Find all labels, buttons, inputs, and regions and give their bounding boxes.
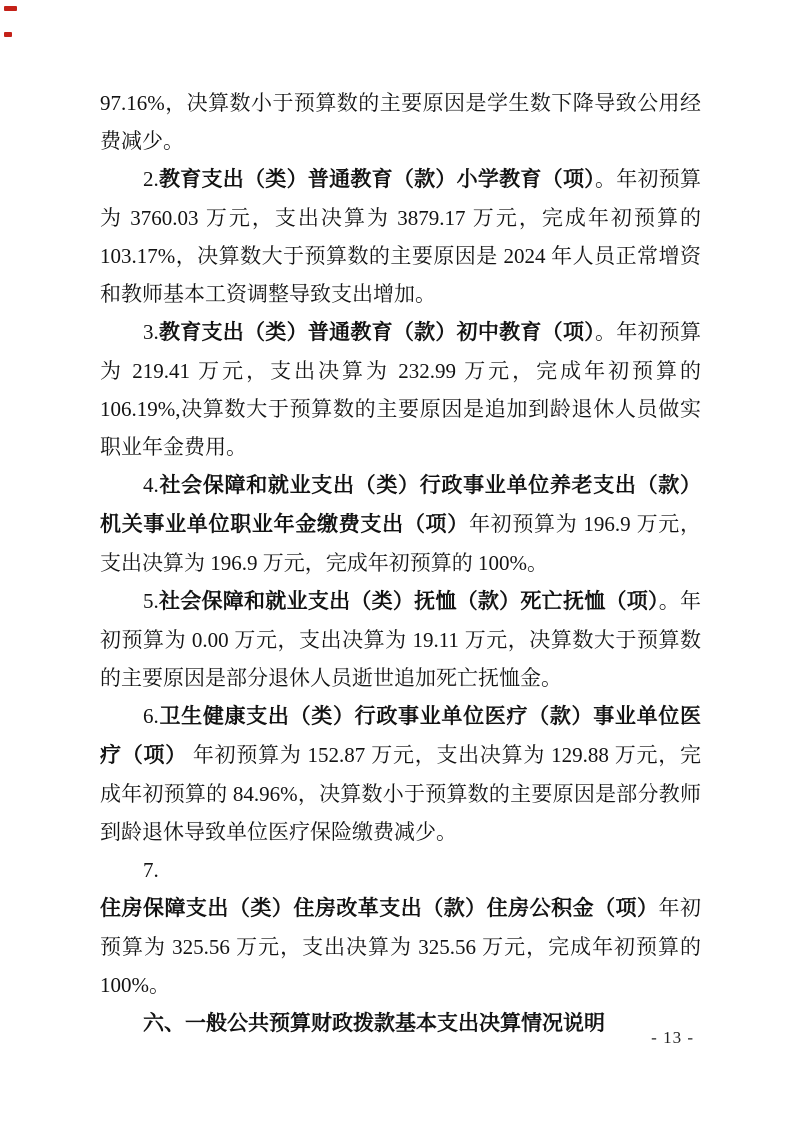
body-text: 6.: [143, 704, 159, 728]
paragraph: 2.教育支出（类）普通教育（款）小学教育（项）。年初预算为 3760.03 万元…: [100, 160, 701, 313]
red-mark: [4, 32, 12, 37]
paragraph: 6.卫生健康支出（类）行政事业单位医疗（款）事业单位医疗（项） 年初预算为 15…: [100, 697, 701, 851]
paragraph: 4.社会保障和就业支出（类）行政事业单位养老支出（款）机关事业单位职业年金缴费支…: [100, 466, 701, 582]
budget-category-bold-text: 教育支出（类）普通教育（款）初中教育（项）: [159, 321, 595, 344]
body-text: 7.: [143, 858, 159, 882]
budget-category-bold-text: 教育支出（类）普通教育（款）小学教育（项）: [159, 168, 595, 191]
budget-category-bold-text: 住房保障支出（类）住房改革支出（款）住房公积金（项）: [100, 897, 659, 920]
document-page: 97.16%，决算数小于预算数的主要原因是学生数下降导致公用经费减少。2.教育支…: [0, 0, 793, 1122]
body-text: 4.: [143, 473, 159, 497]
budget-category-bold-text: 六、一般公共预算财政拨款基本支出决算情况说明: [143, 1012, 605, 1035]
paragraph: 5.社会保障和就业支出（类）抚恤（款）死亡抚恤（项）。年初预算为 0.00 万元…: [100, 582, 701, 697]
body-text: 97.16%，决算数小于预算数的主要原因是学生数下降导致公用经费减少。: [100, 91, 701, 153]
paragraph: 97.16%，决算数小于预算数的主要原因是学生数下降导致公用经费减少。: [100, 84, 701, 160]
body-text: 3.: [143, 320, 159, 344]
page-number: - 13 -: [651, 1028, 694, 1048]
section-heading: 六、一般公共预算财政拨款基本支出决算情况说明: [100, 1004, 701, 1043]
body-text: 5.: [143, 589, 159, 613]
paragraph: 7.住房保障支出（类）住房改革支出（款）住房公积金（项）年初预算为 325.56…: [100, 851, 701, 1004]
paragraph: 3.教育支出（类）普通教育（款）初中教育（项）。年初预算为 219.41 万元，…: [100, 313, 701, 466]
budget-category-bold-text: 社会保障和就业支出（类）抚恤（款）死亡抚恤（项）: [159, 590, 659, 613]
body-text: 2.: [143, 167, 159, 191]
body-text: 年初预算为 152.87 万元，支出决算为 129.88 万元，完成年初预算的 …: [100, 743, 701, 844]
page-body: 97.16%，决算数小于预算数的主要原因是学生数下降导致公用经费减少。2.教育支…: [100, 84, 701, 1043]
red-mark: [4, 6, 17, 11]
